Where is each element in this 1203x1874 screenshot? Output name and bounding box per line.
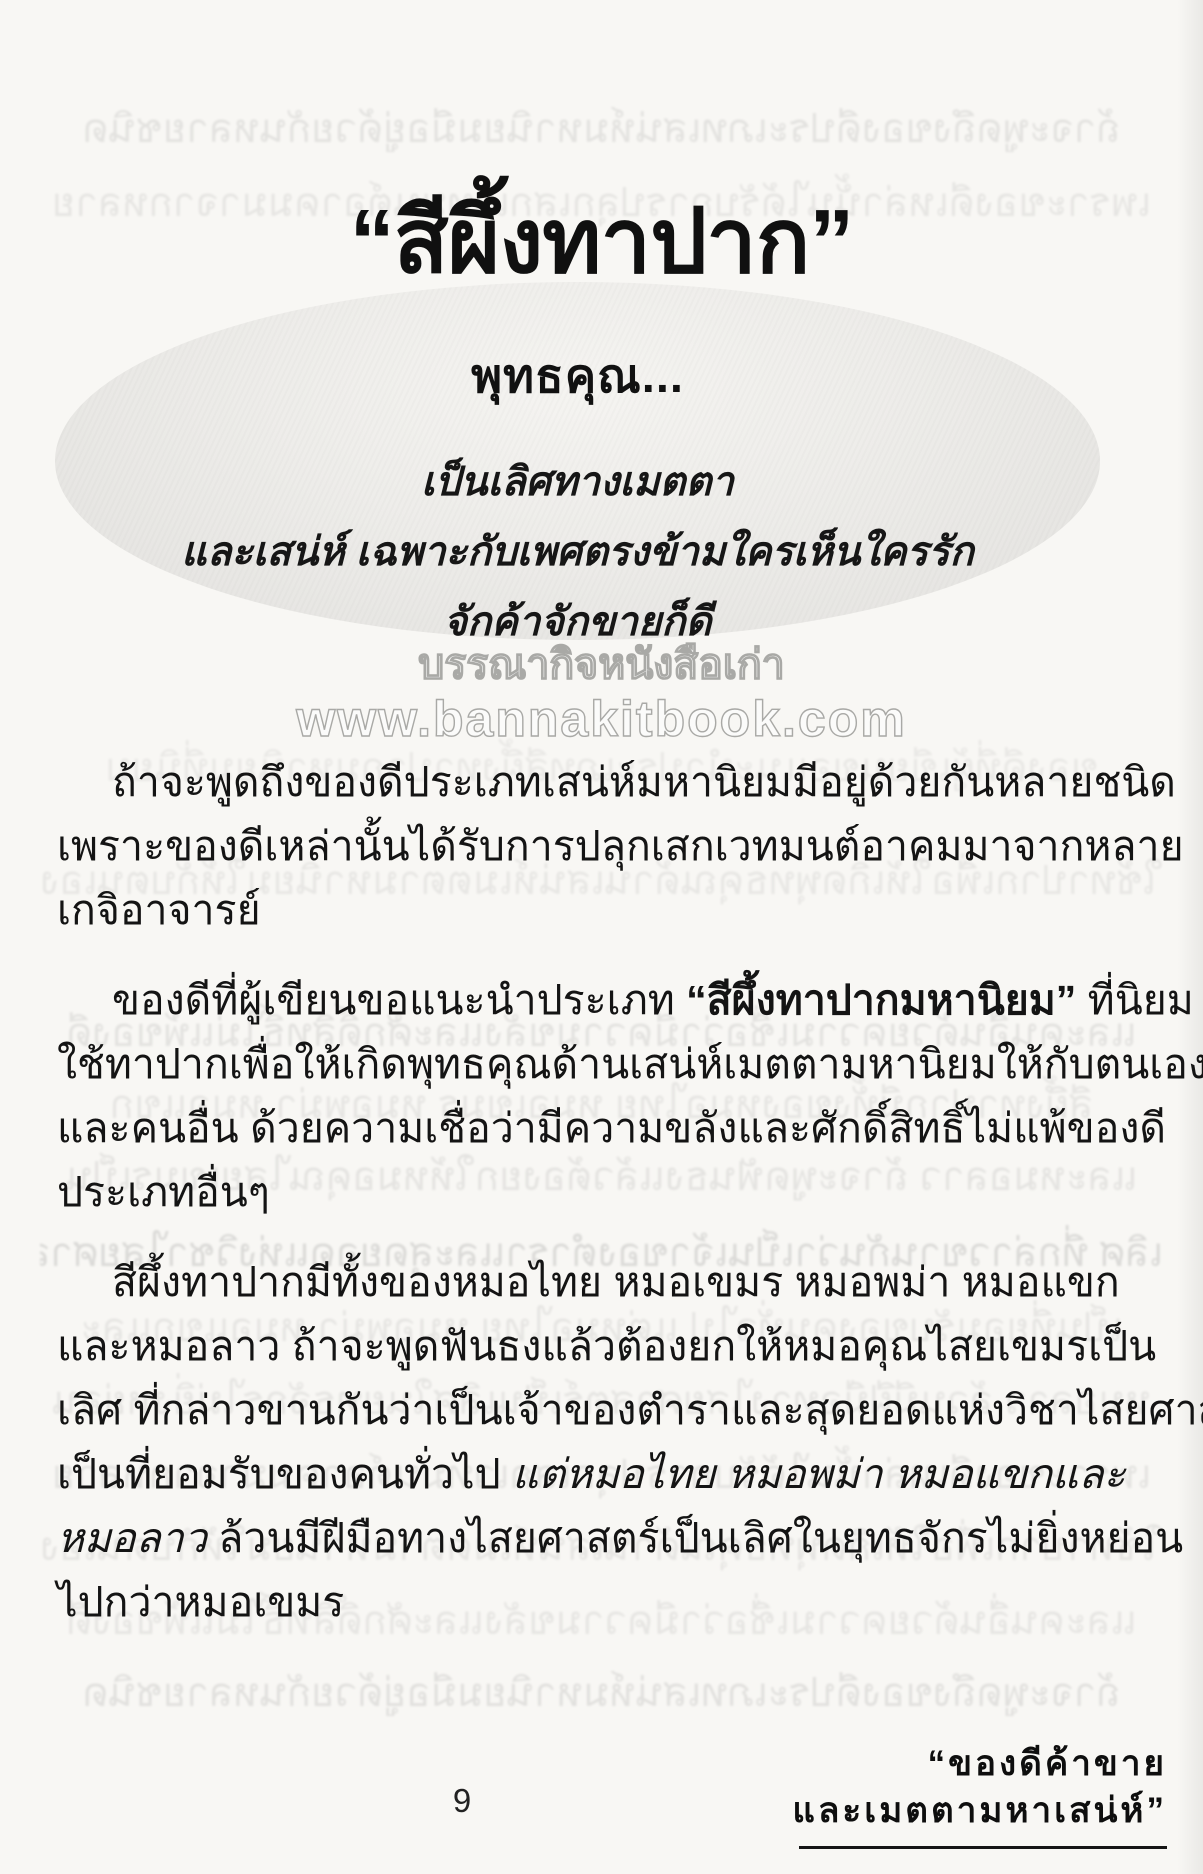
bold-run: “สีผึ้งทาปากมหานิยม” <box>686 977 1076 1023</box>
text-run: ไปกว่าหมอเขมร <box>57 1579 344 1625</box>
text-run: ประเภทอื่นๆ <box>57 1169 270 1215</box>
blessing-heading: พุทธคุณ... <box>55 338 1100 413</box>
text-run: ใช้ทาปากเพื่อให้เกิดพุทธคุณด้านเสน่ห์เมต… <box>57 1041 1203 1087</box>
text-run: สีผึ้งทาปากมีทั้งของหมอไทย หมอเขมร หมอพม… <box>112 1259 1120 1305</box>
paragraph: ของดีที่ผู้เขียนขอแนะนำประเภท “สีผึ้งทาป… <box>57 968 1149 1224</box>
bleedthrough-text: ถ้าจะพูดถึงของดีประเภทเสน่ห์มหานิยมมีอยู… <box>40 96 1163 160</box>
blessing-line: จักค้าจักขายก็ดี <box>55 587 1100 657</box>
text-line: เป็นที่ยอมรับของคนทั่วไป แต่หมอไทย หมอพม… <box>57 1442 1149 1506</box>
blessing-line: เป็นเลิศทางเมตตา <box>55 447 1100 517</box>
text-line: สีผึ้งทาปากมีทั้งของหมอไทย หมอเขมร หมอพม… <box>57 1250 1149 1314</box>
text-run: เป็นที่ยอมรับของคนทั่วไป <box>57 1451 512 1497</box>
text-run: ถ้าจะพูดถึงของดีประเภทเสน่ห์มหานิยมมีอยู… <box>112 759 1176 805</box>
text-line: และคนอื่น ด้วยความเชื่อว่ามีความขลังและศ… <box>57 1096 1149 1160</box>
bleedthrough-text: ถ้าจะพูดถึงของดีประเภทเสน่ห์มหานิยมมีอยู… <box>40 1660 1163 1724</box>
watermark-url: www.bannakitbook.com <box>0 690 1203 748</box>
text-line: เพราะของดีเหล่านั้นได้รับการปลุกเสกเวทมน… <box>57 814 1149 878</box>
blessing-oval-panel: พุทธคุณ... เป็นเลิศทางเมตตา และเสน่ห์ เฉ… <box>55 282 1100 640</box>
text-run: และหมอลาว ถ้าจะพูดฟันธงแล้วต้องยกให้หมอค… <box>57 1323 1156 1369</box>
text-run: และคนอื่น ด้วยความเชื่อว่ามีความขลังและศ… <box>57 1105 1166 1151</box>
scanned-book-page: ถ้าจะพูดถึงของดีประเภทเสน่ห์มหานิยมมีอยู… <box>0 0 1203 1874</box>
footer-underline <box>799 1846 1167 1849</box>
text-line: ประเภทอื่นๆ <box>57 1160 1149 1224</box>
running-footer-line: และเมตตามหาเสน่ห์” <box>792 1787 1167 1834</box>
text-run: เลิศ ที่กล่าวขานกันว่าเป็นเจ้าของตำราและ… <box>57 1387 1203 1433</box>
text-line: เลิศ ที่กล่าวขานกันว่าเป็นเจ้าของตำราและ… <box>57 1378 1149 1442</box>
text-line: ใช้ทาปากเพื่อให้เกิดพุทธคุณด้านเสน่ห์เมต… <box>57 1032 1149 1096</box>
italic-run: แต่หมอไทย หมอพม่า หมอแขกและ <box>512 1451 1125 1497</box>
running-footer: “ของดีค้าขาย และเมตตามหาเสน่ห์” <box>792 1740 1167 1834</box>
paragraph: สีผึ้งทาปากมีทั้งของหมอไทย หมอเขมร หมอพม… <box>57 1250 1149 1634</box>
paragraph: ถ้าจะพูดถึงของดีประเภทเสน่ห์มหานิยมมีอยู… <box>57 750 1149 942</box>
text-line: ถ้าจะพูดถึงของดีประเภทเสน่ห์มหานิยมมีอยู… <box>57 750 1149 814</box>
page-number: 9 <box>432 1782 492 1820</box>
text-line: หมอลาว ล้วนมีฝีมือทางไสยศาสตร์เป็นเลิศใน… <box>57 1506 1149 1570</box>
body-text: ถ้าจะพูดถึงของดีประเภทเสน่ห์มหานิยมมีอยู… <box>57 750 1149 1634</box>
blessing-line: และเสน่ห์ เฉพาะกับเพศตรงข้ามใครเห็นใครรั… <box>55 517 1100 587</box>
text-line: และหมอลาว ถ้าจะพูดฟันธงแล้วต้องยกให้หมอค… <box>57 1314 1149 1378</box>
blessing-lines: เป็นเลิศทางเมตตา และเสน่ห์ เฉพาะกับเพศตร… <box>55 447 1100 657</box>
text-run: เกจิอาจารย์ <box>57 887 261 933</box>
text-line: ของดีที่ผู้เขียนขอแนะนำประเภท “สีผึ้งทาป… <box>57 968 1149 1032</box>
text-run: ที่นิยม <box>1076 977 1194 1023</box>
text-line: เกจิอาจารย์ <box>57 878 1149 942</box>
text-run: เพราะของดีเหล่านั้นได้รับการปลุกเสกเวทมน… <box>57 823 1184 869</box>
running-footer-line: “ของดีค้าขาย <box>792 1740 1167 1787</box>
text-run: ล้วนมีฝีมือทางไสยศาสตร์เป็นเลิศในยุทธจัก… <box>207 1515 1183 1561</box>
text-line: ไปกว่าหมอเขมร <box>57 1570 1149 1634</box>
italic-run: หมอลาว <box>57 1515 207 1561</box>
text-run: ของดีที่ผู้เขียนขอแนะนำประเภท <box>112 977 686 1023</box>
